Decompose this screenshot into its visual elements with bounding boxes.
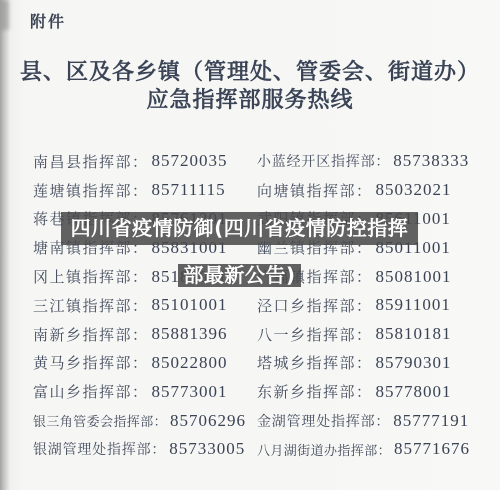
page-title-line2: 应急指挥部服务热线: [0, 86, 500, 114]
hotline-number: 85720035: [152, 151, 228, 171]
hotline-label: 东新乡指挥部: [257, 381, 356, 402]
hotline-row: 三江镇指挥部：85101001: [33, 291, 258, 320]
hotline-colon: ：: [356, 324, 373, 345]
hotline-label: 八月湖街道办指挥部: [257, 440, 378, 459]
hotline-label: 向塘镇指挥部: [257, 180, 356, 201]
hotline-colon: ：: [375, 411, 390, 431]
hotline-row: 八一乡指挥部：85810181: [257, 320, 497, 349]
hotline-number: 85771676: [394, 439, 470, 459]
scanned-document-page: 附件 县、区及各乡镇（管理处、管委会、街道办） 应急指挥部服务热线 南昌县指挥部…: [0, 0, 500, 490]
hotline-colon: ：: [132, 295, 149, 316]
hotline-colon: ：: [132, 381, 149, 402]
hotline-column-right: 小蓝经开区指挥部：85738333向塘镇指挥部：85032021武阳镇指挥部：8…: [257, 147, 497, 464]
hotline-row: 银三角管委会指挥部：85706296: [33, 406, 258, 435]
hotline-number: 85022800: [152, 353, 228, 373]
hotline-row: 八月湖街道办指挥部：85771676: [257, 435, 497, 464]
hotline-label: 富山乡指挥部: [33, 381, 132, 402]
hotline-label: 南新乡指挥部: [33, 324, 132, 345]
hotline-label: 小蓝经开区指挥部: [257, 151, 375, 171]
hotline-label: 三江镇指挥部: [33, 295, 132, 316]
watermark-caption-line1: 四川省疫情防御(四川省疫情防控指挥: [61, 212, 418, 245]
hotline-number: 85911001: [376, 295, 451, 315]
attachment-label: 附件: [30, 9, 66, 32]
hotline-label: 八一乡指挥部: [257, 324, 356, 345]
hotline-number: 85101001: [152, 295, 228, 315]
hotline-colon: ：: [132, 324, 149, 345]
hotline-row: 南新乡指挥部：85881396: [33, 320, 258, 349]
hotline-row: 小蓝经开区指挥部：85738333: [257, 147, 497, 176]
hotline-row: 塔城乡指挥部：85790301: [257, 349, 497, 378]
hotline-number: 85773001: [152, 382, 228, 402]
hotline-column-left: 南昌县指挥部：85720035莲塘镇指挥部：85711115蒋巷镇指挥部：857…: [33, 147, 258, 464]
hotline-row: 金湖管理处指挥部：85777191: [257, 406, 497, 435]
page-title-line1: 县、区及各乡镇（管理处、管委会、街道办）: [0, 58, 500, 86]
scan-corner-smudge: [0, 0, 9, 30]
hotline-colon: ：: [151, 439, 166, 459]
watermark-caption-line2: 部最新公告): [178, 264, 300, 287]
hotline-number: 85738333: [393, 151, 469, 171]
hotline-row: 银湖管理处指挥部：85733005: [33, 435, 258, 464]
hotline-colon: ：: [154, 411, 167, 430]
hotline-number: 85711115: [152, 180, 226, 200]
hotline-label: 泾口乡指挥部: [257, 295, 356, 316]
hotline-row: 泾口乡指挥部：85911001: [257, 291, 497, 320]
hotline-label: 银三角管委会指挥部: [33, 411, 154, 430]
hotline-colon: ：: [132, 180, 149, 201]
hotline-number: 85881396: [152, 324, 228, 344]
hotline-label: 金湖管理处指挥部: [257, 411, 375, 431]
hotline-row: 向塘镇指挥部：85032021: [257, 176, 497, 205]
hotline-colon: ：: [356, 180, 373, 201]
hotline-label: 莲塘镇指挥部: [33, 180, 132, 201]
hotline-colon: ：: [132, 352, 149, 373]
hotline-row: 东新乡指挥部：85778001: [257, 377, 497, 406]
page-title: 县、区及各乡镇（管理处、管委会、街道办） 应急指挥部服务热线: [0, 58, 500, 114]
hotline-number: 85032021: [376, 180, 452, 200]
watermark-caption: 四川省疫情防御(四川省疫情防控指挥 部最新公告): [61, 212, 418, 287]
hotline-colon: ：: [356, 295, 373, 316]
hotline-row: 莲塘镇指挥部：85711115: [33, 176, 258, 205]
hotline-row: 南昌县指挥部：85720035: [33, 147, 258, 176]
hotline-colon: ：: [356, 352, 373, 373]
hotline-row: 黄马乡指挥部：85022800: [33, 349, 258, 378]
hotline-number: 85777191: [393, 411, 469, 431]
hotline-label: 黄马乡指挥部: [33, 352, 132, 373]
hotline-colon: ：: [378, 440, 391, 459]
hotline-label: 塔城乡指挥部: [257, 352, 356, 373]
hotline-colon: ：: [132, 151, 149, 172]
hotline-number: 85810181: [376, 324, 452, 344]
hotline-label: 南昌县指挥部: [33, 151, 132, 172]
hotline-number: 85790301: [376, 353, 452, 373]
hotline-colon: ：: [356, 381, 373, 402]
hotline-number: 85778001: [376, 382, 452, 402]
hotline-number: 85706296: [170, 411, 246, 431]
hotline-colon: ：: [375, 151, 390, 171]
hotline-row: 富山乡指挥部：85773001: [33, 377, 258, 406]
hotline-number: 85733005: [169, 439, 245, 459]
hotline-label: 银湖管理处指挥部: [33, 439, 151, 459]
